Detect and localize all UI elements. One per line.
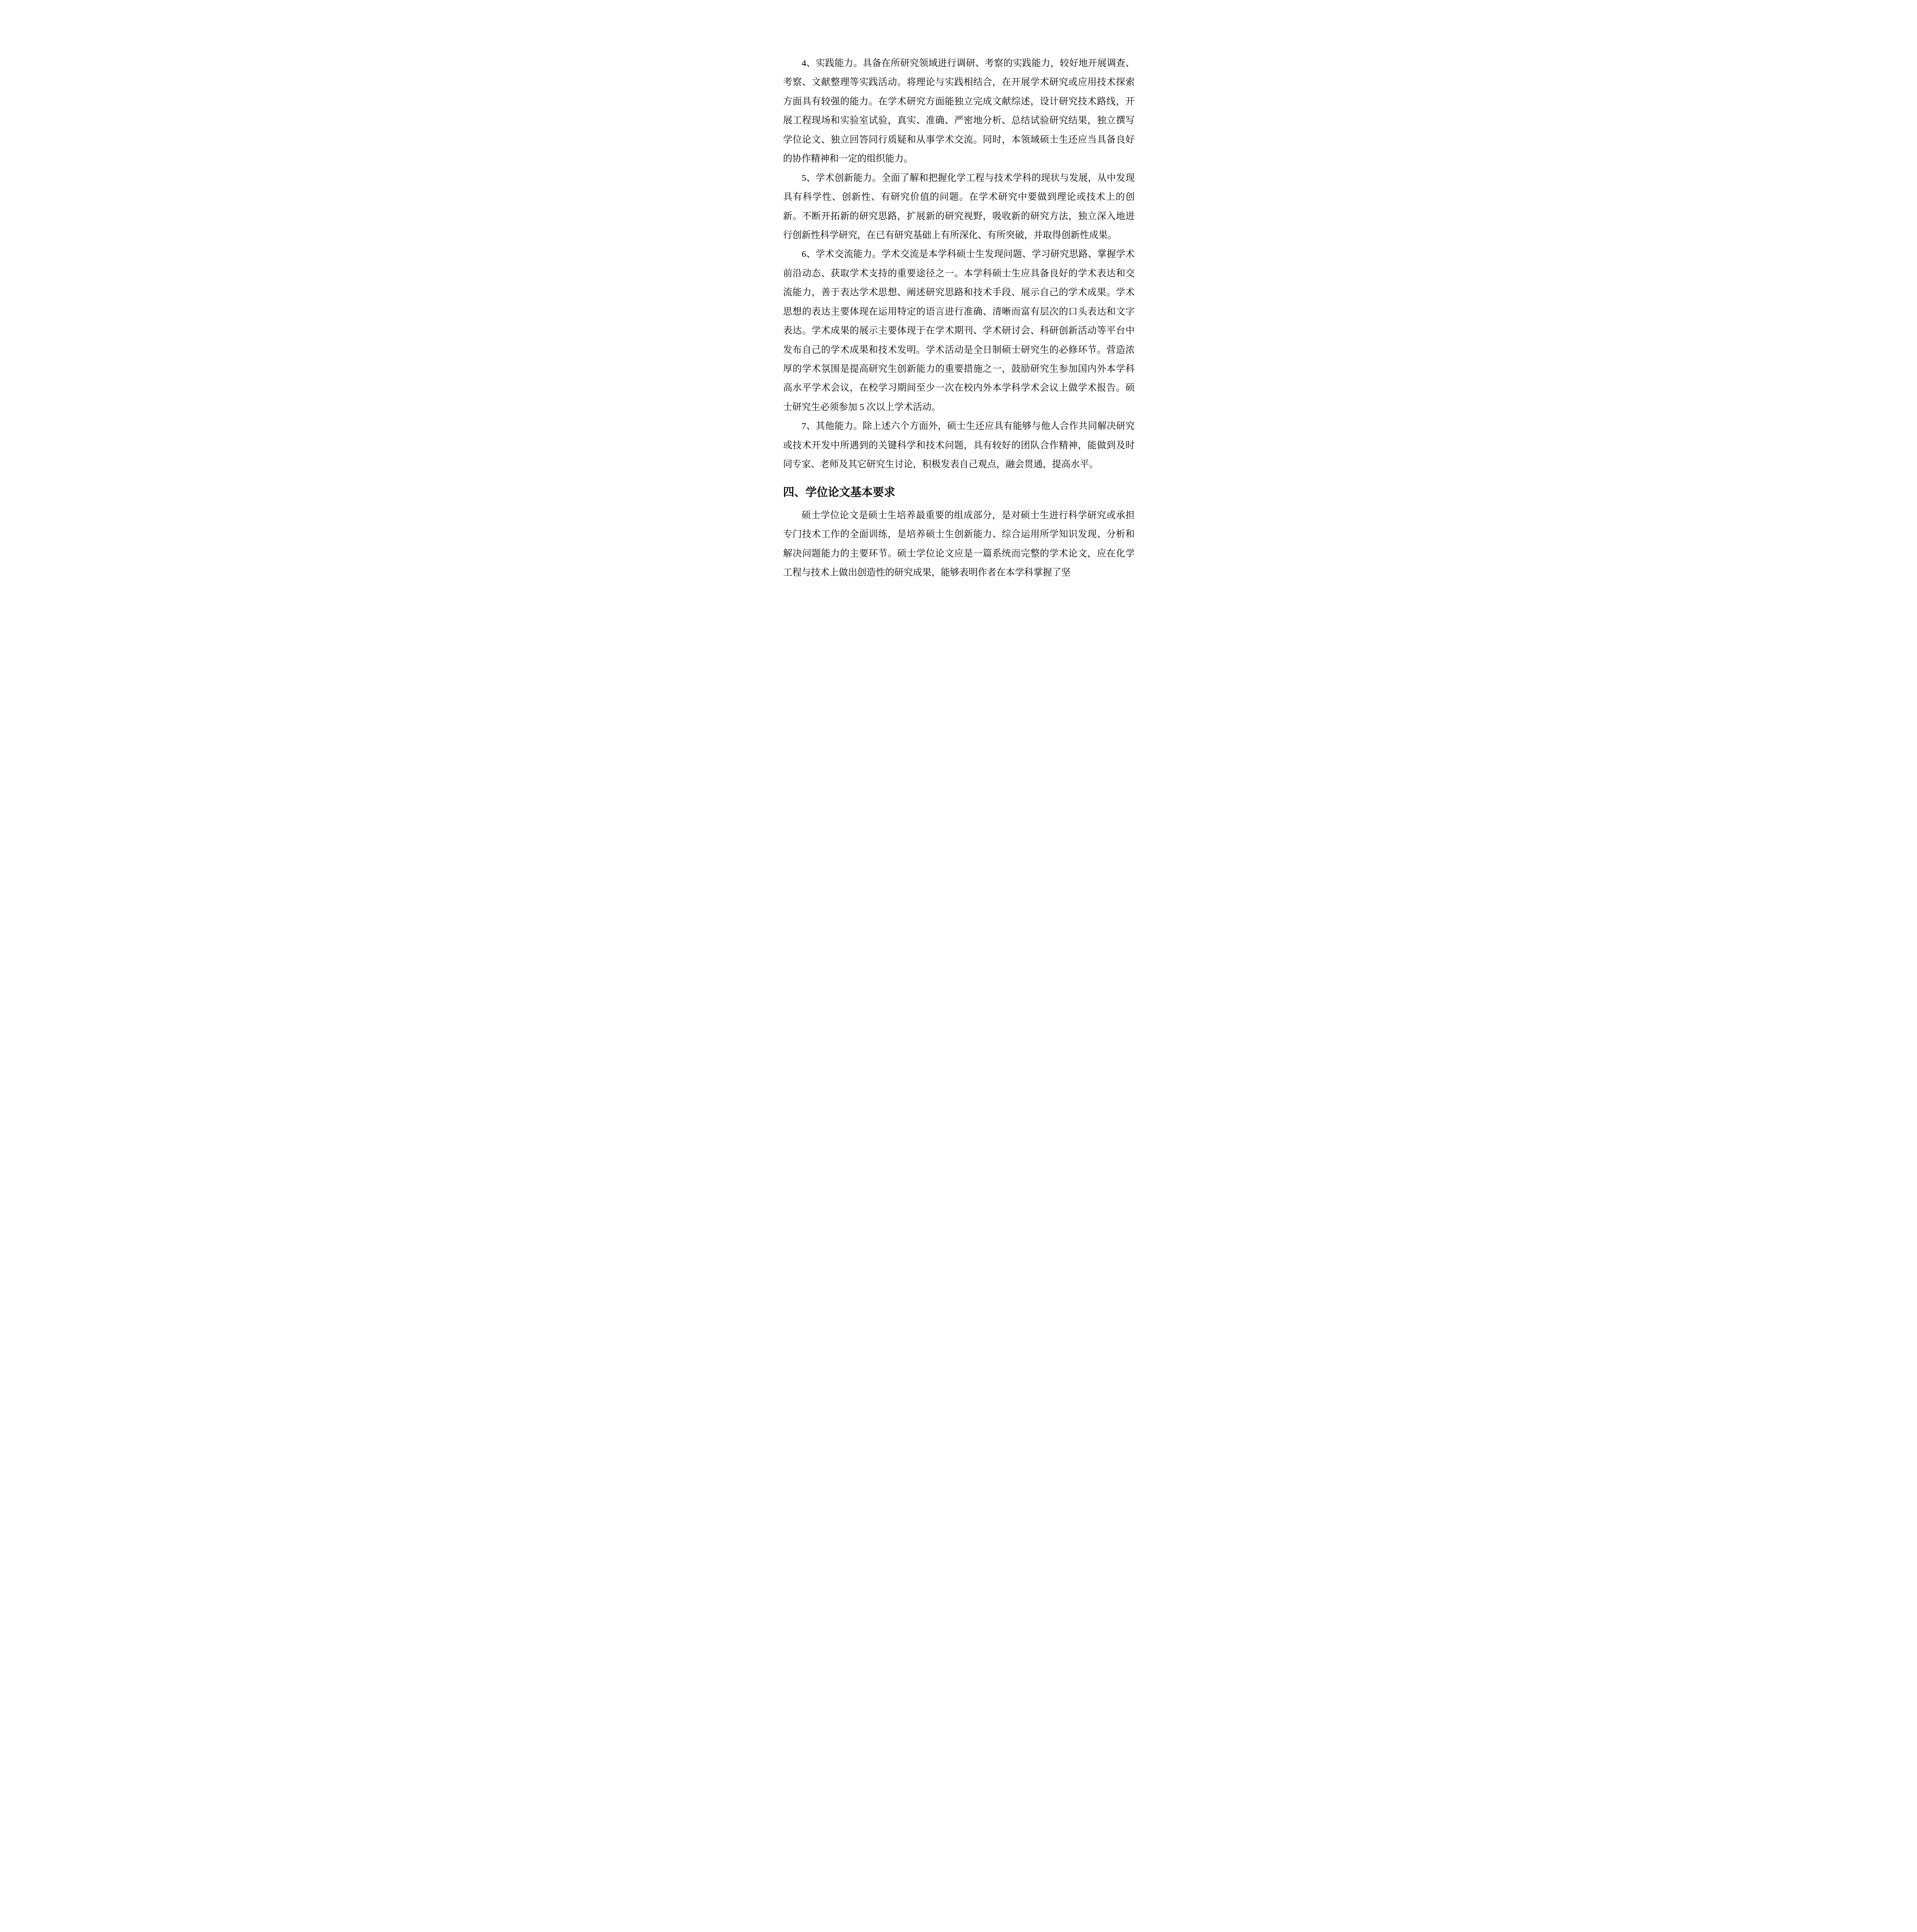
- paragraph-academic-communication-ability: 6、学术交流能力。学术交流是本学科硕士生发现问题、学习研究思路、掌握学术前沿动态…: [783, 245, 1135, 417]
- document-page: 4、实践能力。具备在所研究领域进行调研、考察的实践能力，较好地开展调查、考察、文…: [719, 0, 1198, 678]
- paragraph-academic-innovation-ability: 5、学术创新能力。全面了解和把握化学工程与技术学科的现状与发展，从中发现具有科学…: [783, 169, 1135, 245]
- paragraph-other-abilities: 7、其他能力。除上述六个方面外，硕士生还应具有能够与他人合作共同解决研究或技术开…: [783, 417, 1135, 474]
- section-heading-thesis-basic-requirements: 四、学位论文基本要求: [783, 485, 1135, 501]
- paragraph-practical-ability: 4、实践能力。具备在所研究领域进行调研、考察的实践能力，较好地开展调查、考察、文…: [783, 54, 1135, 169]
- paragraph-thesis-intro: 硕士学位论文是硕士生培养最重要的组成部分，是对硕士生进行科学研究或承担专门技术工…: [783, 506, 1135, 583]
